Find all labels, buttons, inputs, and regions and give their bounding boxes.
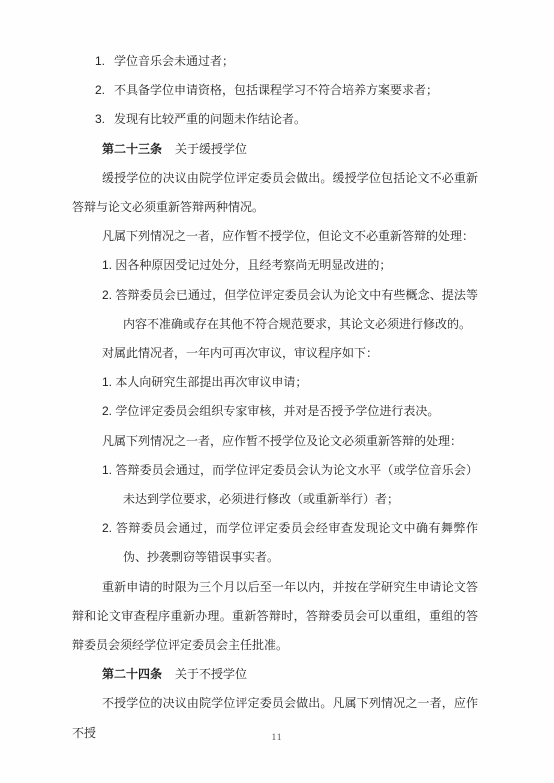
article-heading: 第二十三条关于缓授学位 (102, 135, 478, 164)
sub-item: 2. 学位评定委员会组织专家审核，并对是否授予学位进行表决。 (72, 397, 478, 426)
list-item-number: 2. (95, 76, 114, 105)
list-item-number: 1. (95, 47, 114, 76)
paragraph: 缓授学位的决议由院学位评定委员会做出。缓授学位包括论文不必重新答辩与论文必须重新… (72, 164, 478, 222)
paragraph: 重新申请的时限为三个月以后至一年以内，并按在学研究生申请论文答辩和论文审查程序重… (72, 573, 478, 661)
paragraph: 凡属下列情况之一者，应作暂不授学位及论文必须重新答辩的处理： (72, 427, 478, 456)
list-item-text: 不具备学位申请资格，包括课程学习不符合培养方案要求者； (114, 83, 438, 97)
sub-item: 1. 因各种原因受记过处分，且经考察尚无明显改进的； (72, 251, 478, 280)
article-number: 第二十三条 (102, 142, 162, 156)
paragraph: 凡属下列情况之一者，应作暂不授学位，但论文不必重新答辩的处理： (72, 222, 478, 251)
article-title: 关于缓授学位 (175, 142, 247, 156)
paragraph: 对属此情况者，一年内可再次审议，审议程序如下： (72, 339, 478, 368)
list-item: 3.发现有比较严重的问题未作结论者。 (95, 105, 478, 134)
sub-item: 1. 本人向研究生部提出再次审议申请； (72, 368, 478, 397)
article-title: 关于不授学位 (175, 667, 247, 681)
sub-item: 2. 答辩委员会通过，而学位评定委员会经审查发现论文中确有舞弊作伪、抄袭剽窃等错… (72, 514, 478, 572)
list-item-text: 发现有比较严重的问题未作结论者。 (114, 112, 306, 126)
document-body: 1.学位音乐会未通过者； 2.不具备学位申请资格，包括课程学习不符合培养方案要求… (72, 47, 478, 748)
sub-item: 1. 答辩委员会通过，而学位评定委员会认为论文水平（或学位音乐会）未达到学位要求… (72, 456, 478, 514)
list-item: 1.学位音乐会未通过者； (95, 47, 478, 76)
list-item-number: 3. (95, 105, 114, 134)
sub-item: 2. 答辩委员会已通过，但学位评定委员会认为论文中有些概念、提法等内容不准确或存… (72, 281, 478, 339)
article-number: 第二十四条 (102, 667, 162, 681)
document-page: 1.学位音乐会未通过者； 2.不具备学位申请资格，包括课程学习不符合培养方案要求… (0, 0, 554, 783)
article-heading: 第二十四条关于不授学位 (102, 660, 478, 689)
page-number: 11 (0, 732, 554, 742)
list-item: 2.不具备学位申请资格，包括课程学习不符合培养方案要求者； (95, 76, 478, 105)
list-item-text: 学位音乐会未通过者； (114, 54, 234, 68)
